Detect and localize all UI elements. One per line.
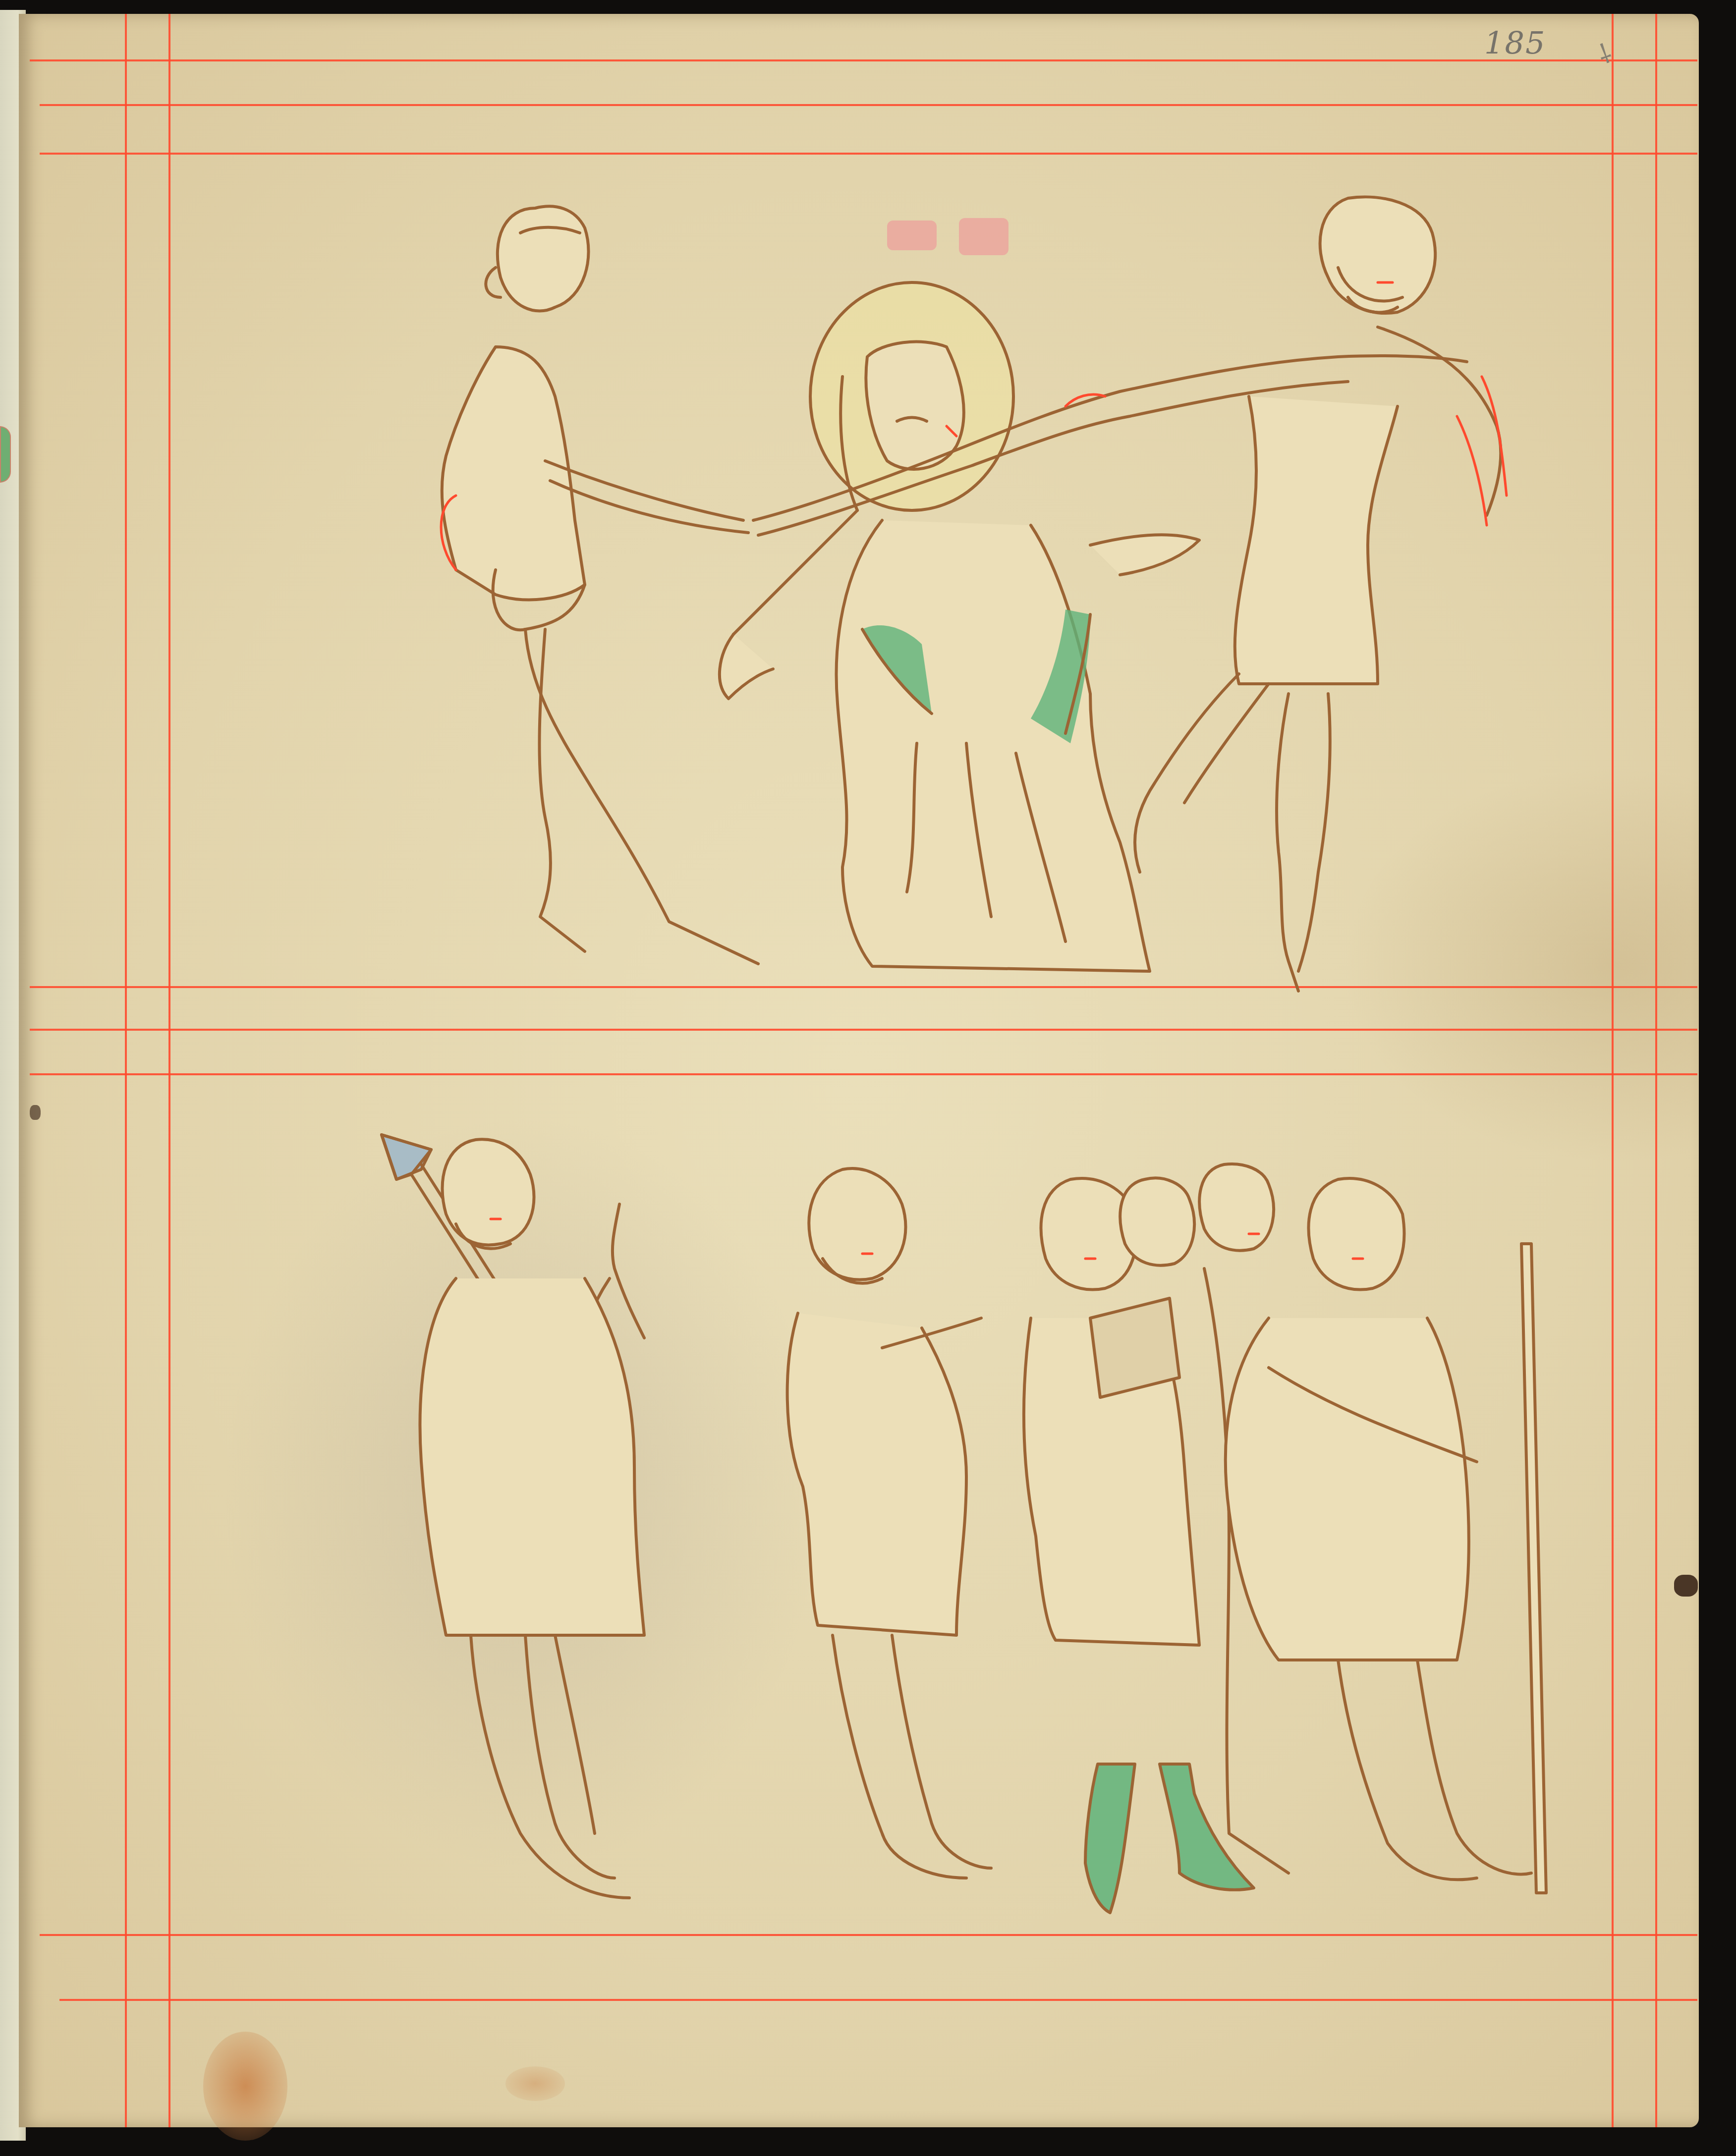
lower-right-youth-with-staff <box>1226 1178 1546 1893</box>
upper-right-bearded-man <box>1135 197 1507 991</box>
lower-center-bearded-man <box>787 1168 991 1878</box>
lower-left-axe-bearer <box>382 1135 644 1898</box>
upper-left-youth <box>441 206 758 964</box>
illustrations <box>0 0 1736 2156</box>
lower-youth-with-book <box>1024 1178 1254 1913</box>
